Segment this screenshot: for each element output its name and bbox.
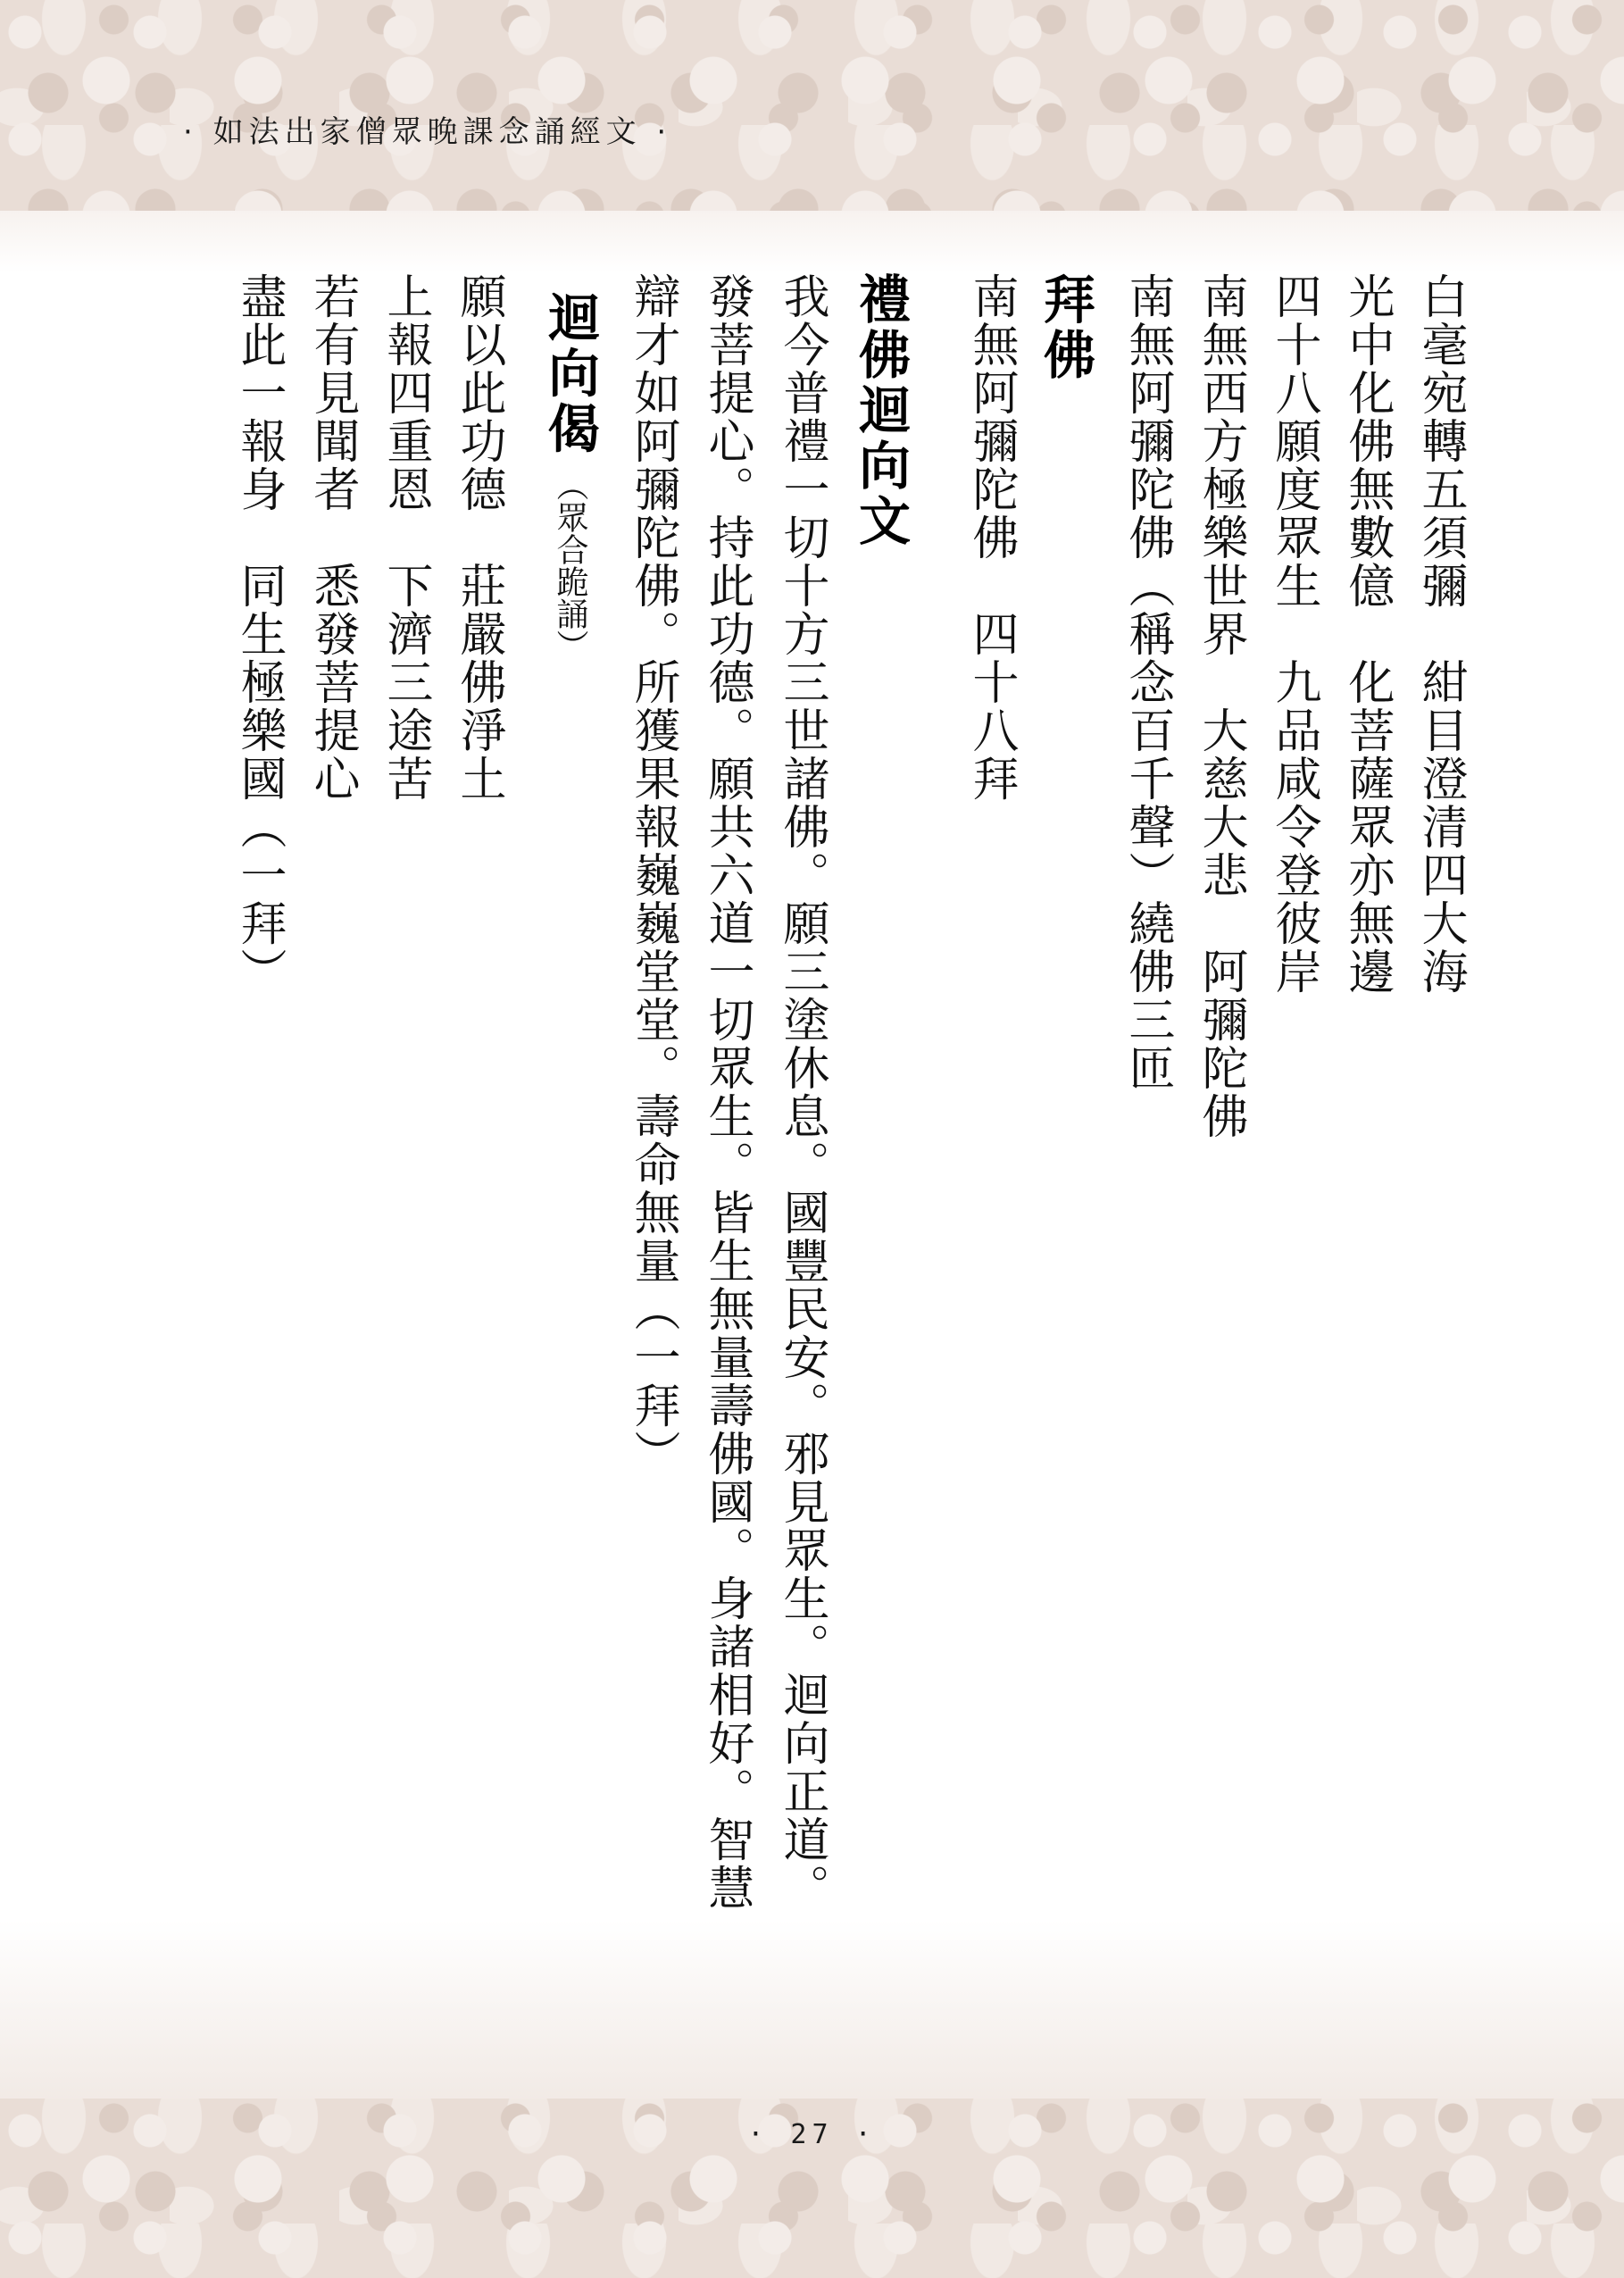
header-pattern-band: [0, 0, 1624, 211]
section-line: 若有見聞者 悉發菩提心: [307, 272, 357, 803]
running-title: · 如法出家僧眾晚課念誦經文 ·: [183, 107, 671, 151]
verse-line: 光中化佛無數億 化菩薩眾亦無邊: [1342, 272, 1392, 996]
section-line: 辯才如阿彌陀佛。所獲果報巍巍堂堂。壽命無量（一拜）: [628, 272, 678, 1478]
recitation-note: （眾合跪誦）: [552, 469, 588, 662]
section-heading: 拜佛: [1037, 272, 1093, 383]
header-fade: [0, 211, 1624, 273]
section-line: 盡此一報身 同生極樂國（一拜）: [234, 272, 284, 996]
section-line: 願以此功德 莊嚴佛淨土: [454, 272, 504, 803]
verse-line: 白毫宛轉五須彌 紺目澄清四大海: [1415, 272, 1465, 996]
page-number: · 27 ·: [0, 2119, 1624, 2150]
footer-fade: [0, 1920, 1624, 2099]
section-heading: 迴向偈: [539, 290, 600, 456]
section-line: 發菩提心。持此功德。願共六道一切眾生。皆生無量壽佛國。身諸相好。智慧: [702, 272, 752, 1912]
verse-line: 四十八願度眾生 九品咸令登彼岸: [1269, 272, 1319, 996]
section-heading: 禮佛迴向文: [853, 272, 908, 549]
verse-line: 南無西方極樂世界 大慈大悲 阿彌陀佛: [1195, 272, 1245, 1140]
verse-line: 南無阿彌陀佛（稱念百千聲）繞佛三匝: [1122, 272, 1172, 1092]
section-line: 我今普禮一切十方三世諸佛。願三塗休息。國豐民安。邪見眾生。迴向正道。: [777, 272, 827, 1912]
section-line: 上報四重恩 下濟三途苦: [380, 272, 430, 803]
section-line: 南無阿彌陀佛 四十八拜: [966, 272, 1016, 803]
section-heading-group: 迴向偈（眾合跪誦）: [525, 272, 614, 662]
